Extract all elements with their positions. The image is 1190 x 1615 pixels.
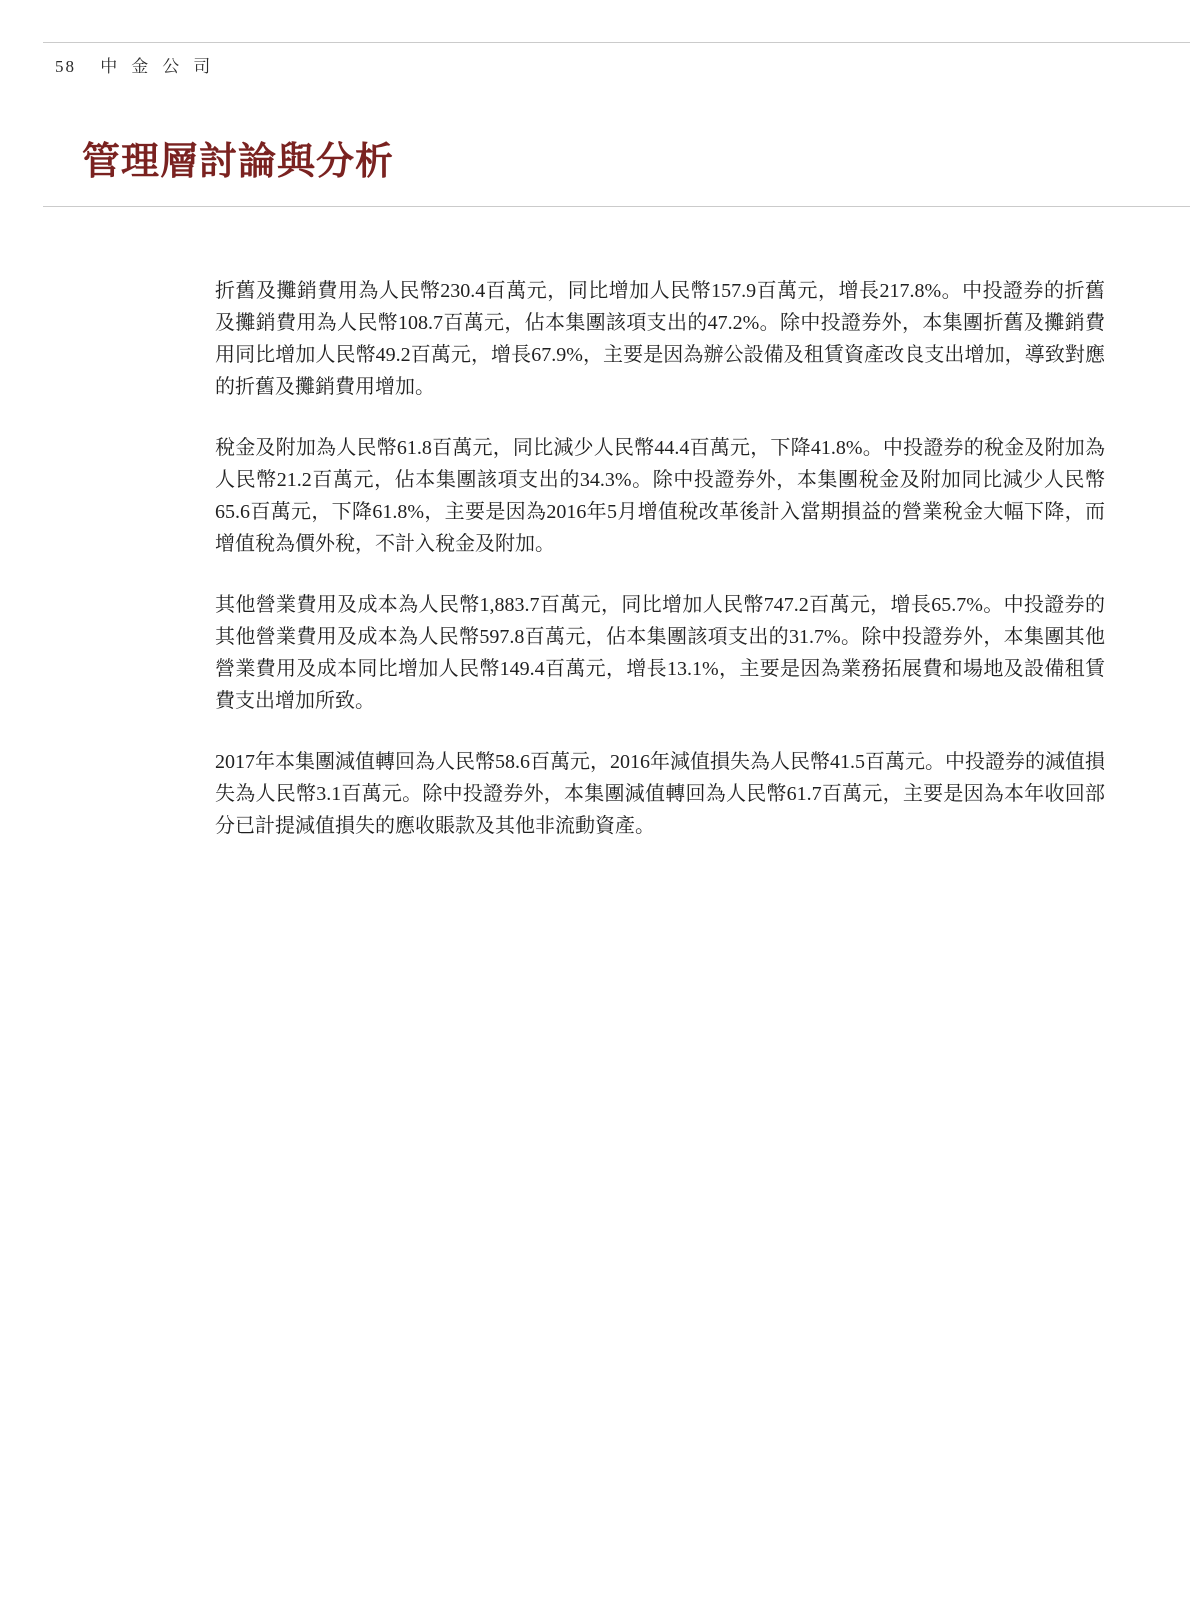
paragraph-other-operating-expenses: 其他營業費用及成本為人民幣1,883.7百萬元，同比增加人民幣747.2百萬元，…	[215, 589, 1105, 717]
body-content: 折舊及攤銷費用為人民幣230.4百萬元，同比增加人民幣157.9百萬元，增長21…	[215, 275, 1105, 871]
document-page: 58 中金公司 管理層討論與分析 折舊及攤銷費用為人民幣230.4百萬元，同比增…	[0, 0, 1190, 1615]
page-number: 58	[55, 57, 76, 77]
paragraph-impairment-reversal: 2017年本集團減值轉回為人民幣58.6百萬元，2016年減值損失為人民幣41.…	[215, 746, 1105, 842]
paragraph-taxes-surcharges: 稅金及附加為人民幣61.8百萬元，同比減少人民幣44.4百萬元，下降41.8%。…	[215, 432, 1105, 560]
header-rule	[43, 42, 1190, 43]
paragraph-depreciation-amortization: 折舊及攤銷費用為人民幣230.4百萬元，同比增加人民幣157.9百萬元，增長21…	[215, 275, 1105, 403]
title-underline-rule	[43, 206, 1190, 207]
section-title: 管理層討論與分析	[82, 140, 394, 186]
page-header: 58 中金公司	[55, 52, 224, 77]
company-name: 中金公司	[100, 52, 224, 77]
